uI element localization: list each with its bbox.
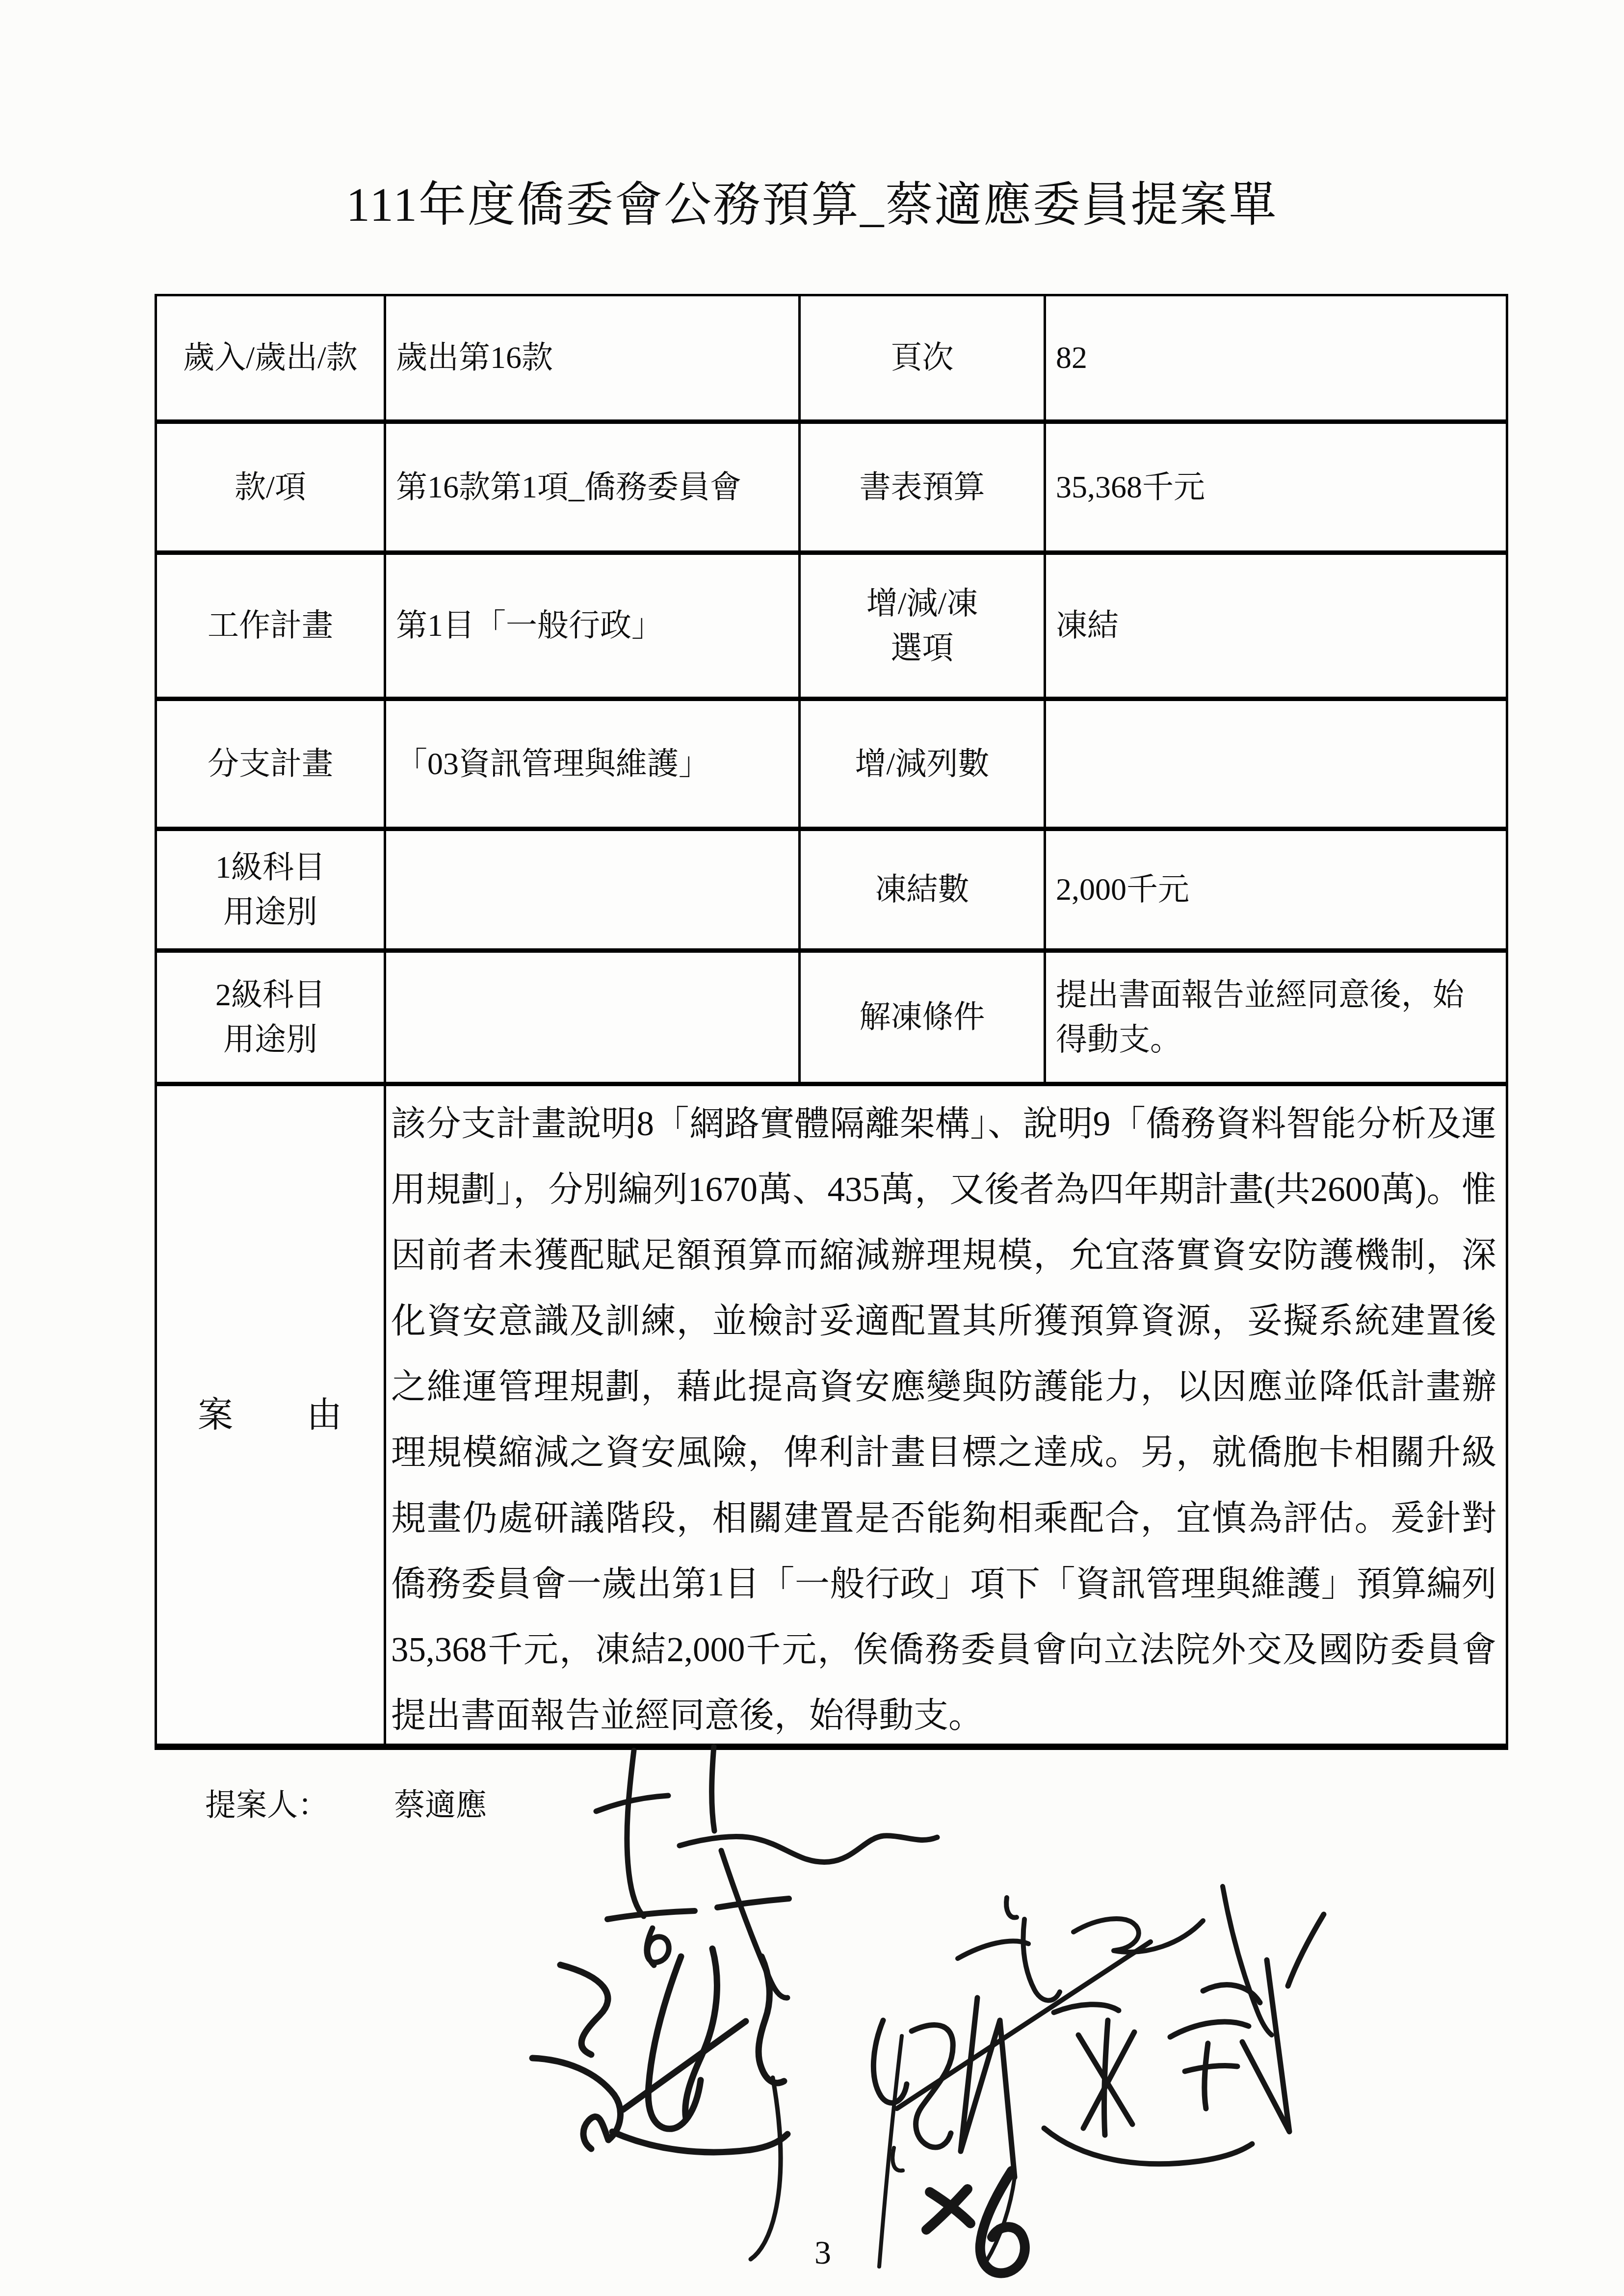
row-value: 82 xyxy=(1046,296,1498,419)
table-row: 歲入/歲出/款 歲出第16款 頁次 82 xyxy=(157,296,1506,419)
table-row: 2級科目 用途別 解凍條件 提出書面報告並經同意後，始得動支。 xyxy=(157,948,1506,1082)
row-label: 款/項 xyxy=(157,424,386,550)
row-label: 頁次 xyxy=(801,296,1046,419)
page-title: 111年度僑委會公務預算_蔡適應委員提案單 xyxy=(0,166,1624,235)
row-value: 提出書面報告並經同意後，始得動支。 xyxy=(1046,953,1498,1082)
row-label: 增/減/凍 選項 xyxy=(801,555,1046,697)
proposer-line: 提案人： 蔡適應 xyxy=(205,1780,487,1825)
row-label: 1級科目 用途別 xyxy=(157,831,386,948)
row-value xyxy=(386,953,801,1082)
row-value: 歲出第16款 xyxy=(386,296,801,419)
endorsement-mark xyxy=(926,2171,1025,2273)
table-row: 1級科目 用途別 凍結數 2,000千元 xyxy=(157,827,1506,948)
row-value: 第16款第1項_僑務委員會 xyxy=(386,424,801,550)
cosigner-signature-3 xyxy=(873,1914,1324,2267)
row-value: 凍結 xyxy=(1046,555,1498,697)
proposer-signature xyxy=(596,1747,937,1998)
row-value xyxy=(386,831,801,948)
row-label: 歲入/歲出/款 xyxy=(157,296,386,419)
case-row: 案 由 該分支計畫說明8「網路實體隔離架構」、說明9「僑務資料智能分析及運用規劃… xyxy=(157,1082,1506,1744)
cosigner-signature-1 xyxy=(897,1886,1272,2109)
row-value: 「03資訊管理與維護」 xyxy=(386,701,801,827)
table-row: 分支計畫 「03資訊管理與維護」 增/減列數 xyxy=(157,697,1506,827)
page-number: 3 xyxy=(814,2233,831,2272)
row-label: 凍結數 xyxy=(801,831,1046,948)
budget-proposal-table: 歲入/歲出/款 歲出第16款 頁次 82 款/項 第16款第1項_僑務委員會 書… xyxy=(155,294,1508,1750)
row-label: 工作計畫 xyxy=(157,555,386,697)
row-value: 35,368千元 xyxy=(1046,424,1498,550)
row-label: 書表預算 xyxy=(801,424,1046,550)
row-value: 2,000千元 xyxy=(1046,831,1498,948)
proposer-name: 蔡適應 xyxy=(394,1780,487,1825)
scanned-document-page: 111年度僑委會公務預算_蔡適應委員提案單 歲入/歲出/款 歲出第16款 頁次 … xyxy=(0,0,1624,2296)
row-label: 解凍條件 xyxy=(801,953,1046,1082)
cosigner-signature-2 xyxy=(532,1949,787,2259)
row-value: 第1目「一般行政」 xyxy=(386,555,801,697)
dash-marks xyxy=(607,1899,789,1919)
row-label: 2級科目 用途別 xyxy=(157,953,386,1082)
row-label: 分支計畫 xyxy=(157,701,386,827)
proposer-label: 提案人： xyxy=(205,1780,329,1825)
table-row: 款/項 第16款第1項_僑務委員會 書表預算 35,368千元 xyxy=(157,419,1506,550)
case-label: 案 由 xyxy=(157,1086,386,1744)
table-row: 工作計畫 第1目「一般行政」 增/減/凍 選項 凍結 xyxy=(157,550,1506,697)
row-value xyxy=(1046,701,1498,827)
case-text: 該分支計畫說明8「網路實體隔離架構」、說明9「僑務資料智能分析及運用規劃」，分別… xyxy=(386,1086,1498,1744)
row-label: 增/減列數 xyxy=(801,701,1046,827)
